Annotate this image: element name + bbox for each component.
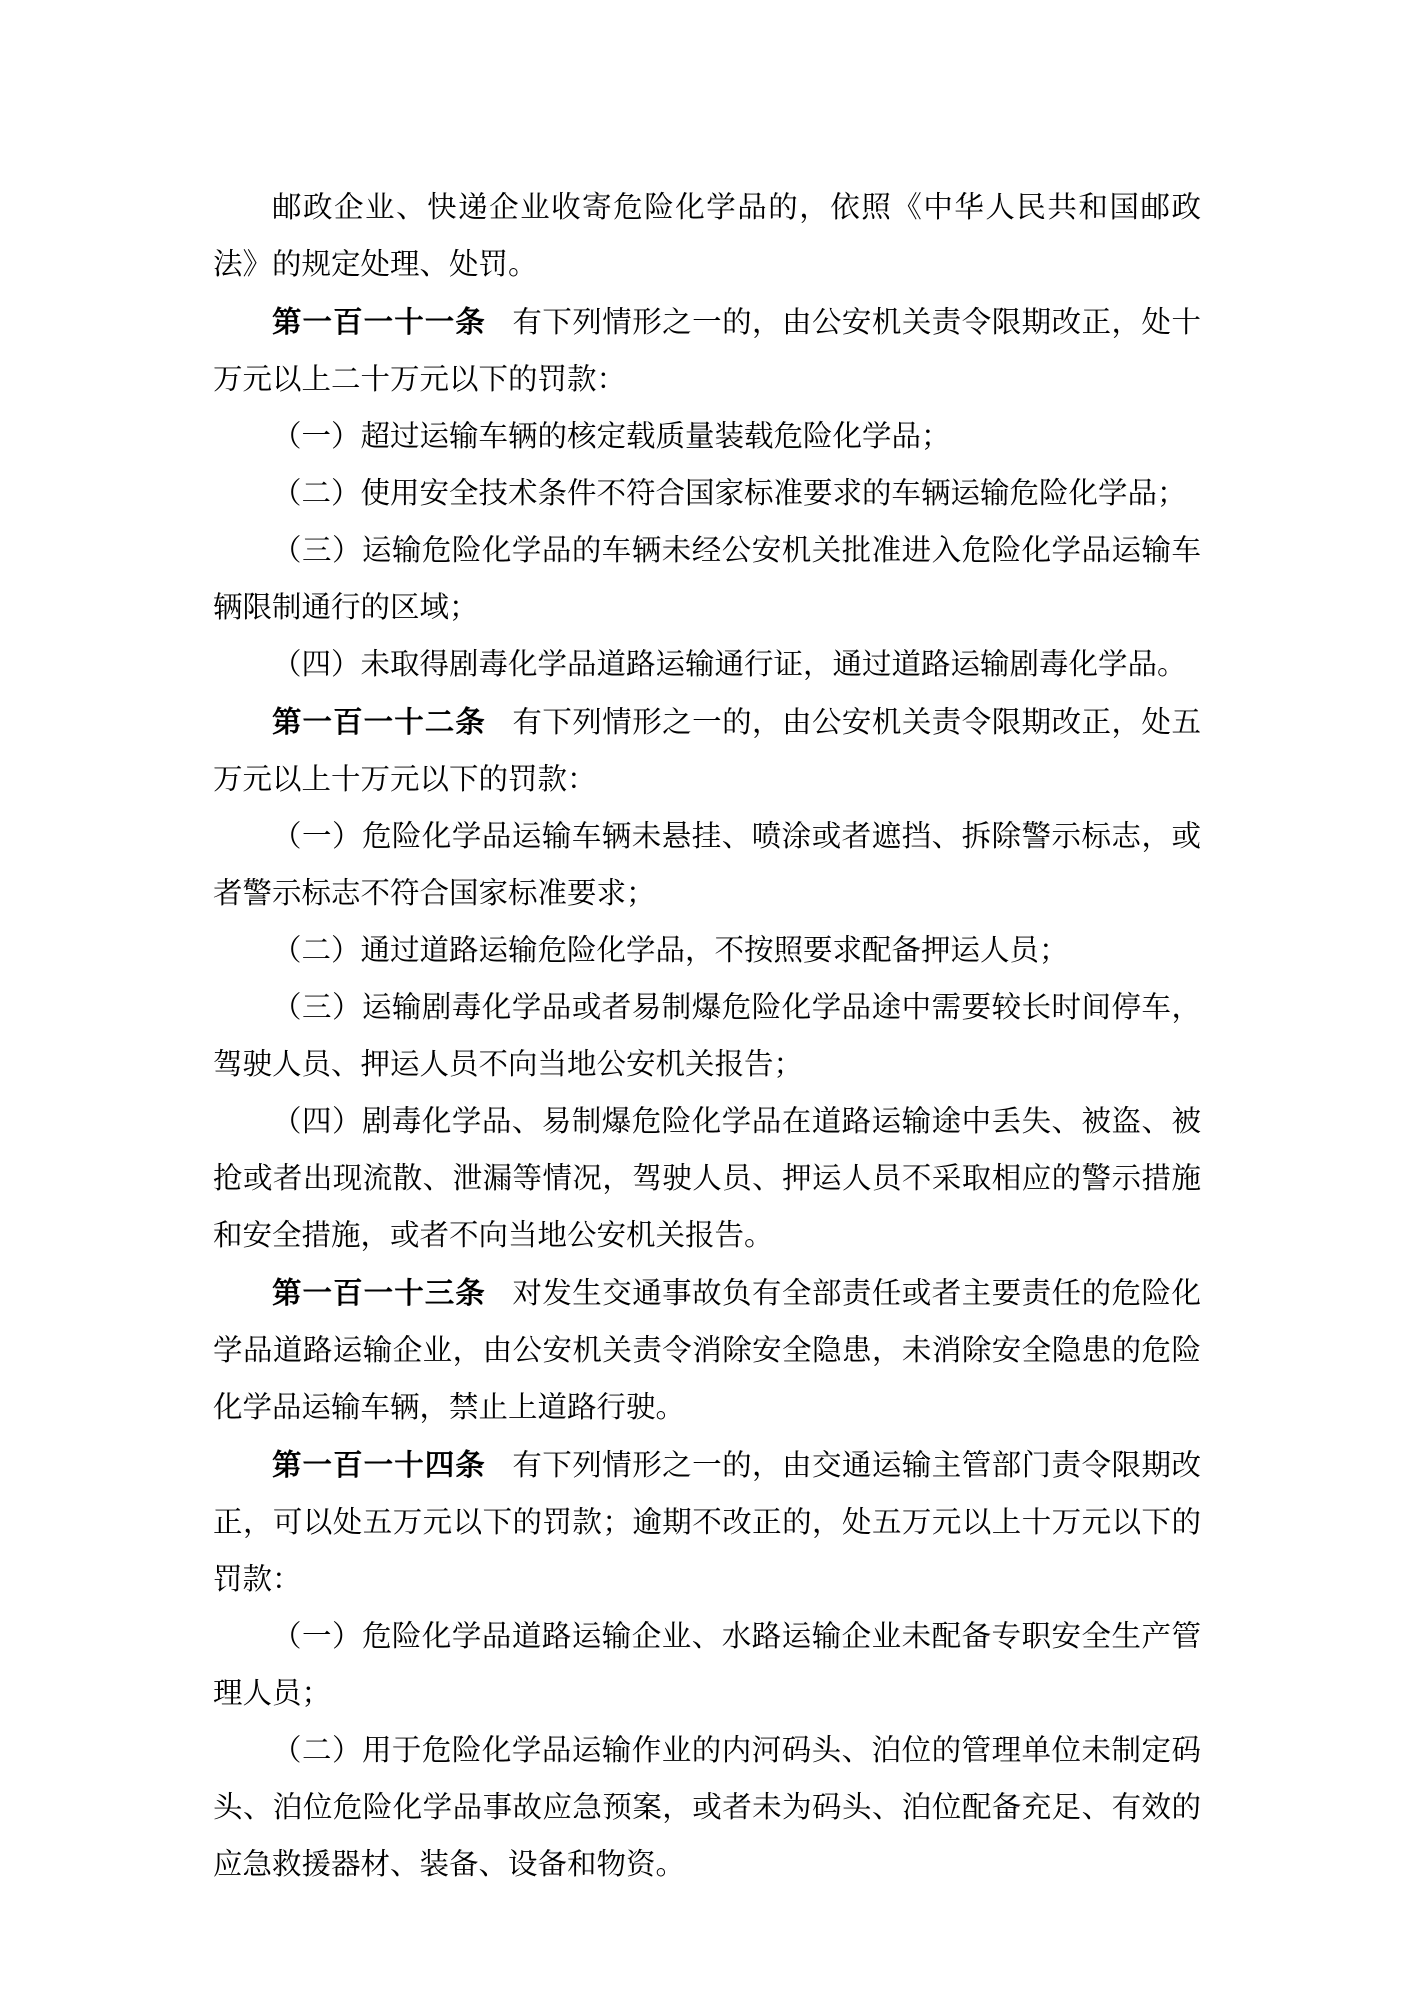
paragraph-text: （一）危险化学品运输车辆未悬挂、喷涂或者遮挡、拆除警示标志，或者警示标志不符合国… — [213, 821, 1201, 910]
article-number: 第一百一十四条 — [272, 1449, 486, 1482]
paragraph: （二）通过道路运输危险化学品，不按照要求配备押运人员； — [213, 923, 1201, 980]
document-page: 邮政企业、快递企业收寄危险化学品的，依照《中华人民共和国邮政法》的规定处理、处罚… — [0, 0, 1414, 2000]
article-number: 第一百一十三条 — [272, 1277, 486, 1310]
article-paragraph: 第一百一十四条有下列情形之一的，由交通运输主管部门责令限期改正，可以处五万元以下… — [213, 1437, 1201, 1609]
paragraph: （二）用于危险化学品运输作业的内河码头、泊位的管理单位未制定码头、泊位危险化学品… — [213, 1723, 1201, 1894]
paragraph: 邮政企业、快递企业收寄危险化学品的，依照《中华人民共和国邮政法》的规定处理、处罚… — [213, 180, 1201, 294]
paragraph: （三）运输剧毒化学品或者易制爆危险化学品途中需要较长时间停车，驾驶人员、押运人员… — [213, 980, 1201, 1094]
article-paragraph: 第一百一十一条有下列情形之一的，由公安机关责令限期改正，处十万元以上二十万元以下… — [213, 294, 1201, 409]
paragraph: （一）危险化学品道路运输企业、水路运输企业未配备专职安全生产管理人员； — [213, 1609, 1201, 1723]
article-paragraph: 第一百一十三条对发生交通事故负有全部责任或者主要责任的危险化学品道路运输企业，由… — [213, 1265, 1201, 1437]
paragraph-text: （四）未取得剧毒化学品道路运输通行证，通过道路运输剧毒化学品。 — [272, 649, 1187, 681]
paragraph-text: （三）运输危险化学品的车辆未经公安机关批准进入危险化学品运输车辆限制通行的区域； — [213, 535, 1201, 624]
paragraph-text: （一）超过运输车辆的核定载质量装载危险化学品； — [272, 421, 951, 453]
paragraph: （一）超过运输车辆的核定载质量装载危险化学品； — [213, 409, 1201, 466]
paragraph-text: （二）通过道路运输危险化学品，不按照要求配备押运人员； — [272, 935, 1069, 967]
paragraph: （四）剧毒化学品、易制爆危险化学品在道路运输途中丢失、被盗、被抢或者出现流散、泄… — [213, 1094, 1201, 1265]
paragraph: （一）危险化学品运输车辆未悬挂、喷涂或者遮挡、拆除警示标志，或者警示标志不符合国… — [213, 809, 1201, 923]
paragraph-text: （三）运输剧毒化学品或者易制爆危险化学品途中需要较长时间停车，驾驶人员、押运人员… — [213, 992, 1201, 1081]
paragraph-text: （四）剧毒化学品、易制爆危险化学品在道路运输途中丢失、被盗、被抢或者出现流散、泄… — [213, 1106, 1201, 1252]
article-number: 第一百一十一条 — [272, 306, 486, 339]
paragraph-text: （一）危险化学品道路运输企业、水路运输企业未配备专职安全生产管理人员； — [213, 1621, 1201, 1710]
article-number: 第一百一十二条 — [272, 706, 486, 739]
paragraph: （二）使用安全技术条件不符合国家标准要求的车辆运输危险化学品； — [213, 466, 1201, 523]
paragraph: （三）运输危险化学品的车辆未经公安机关批准进入危险化学品运输车辆限制通行的区域； — [213, 523, 1201, 637]
document-body: 邮政企业、快递企业收寄危险化学品的，依照《中华人民共和国邮政法》的规定处理、处罚… — [213, 180, 1201, 1894]
article-paragraph: 第一百一十二条有下列情形之一的，由公安机关责令限期改正，处五万元以上十万元以下的… — [213, 694, 1201, 809]
paragraph-text: 邮政企业、快递企业收寄危险化学品的，依照《中华人民共和国邮政法》的规定处理、处罚… — [213, 192, 1201, 281]
paragraph-text: （二）用于危险化学品运输作业的内河码头、泊位的管理单位未制定码头、泊位危险化学品… — [213, 1735, 1201, 1881]
paragraph: （四）未取得剧毒化学品道路运输通行证，通过道路运输剧毒化学品。 — [213, 637, 1201, 694]
paragraph-text: （二）使用安全技术条件不符合国家标准要求的车辆运输危险化学品； — [272, 478, 1187, 510]
